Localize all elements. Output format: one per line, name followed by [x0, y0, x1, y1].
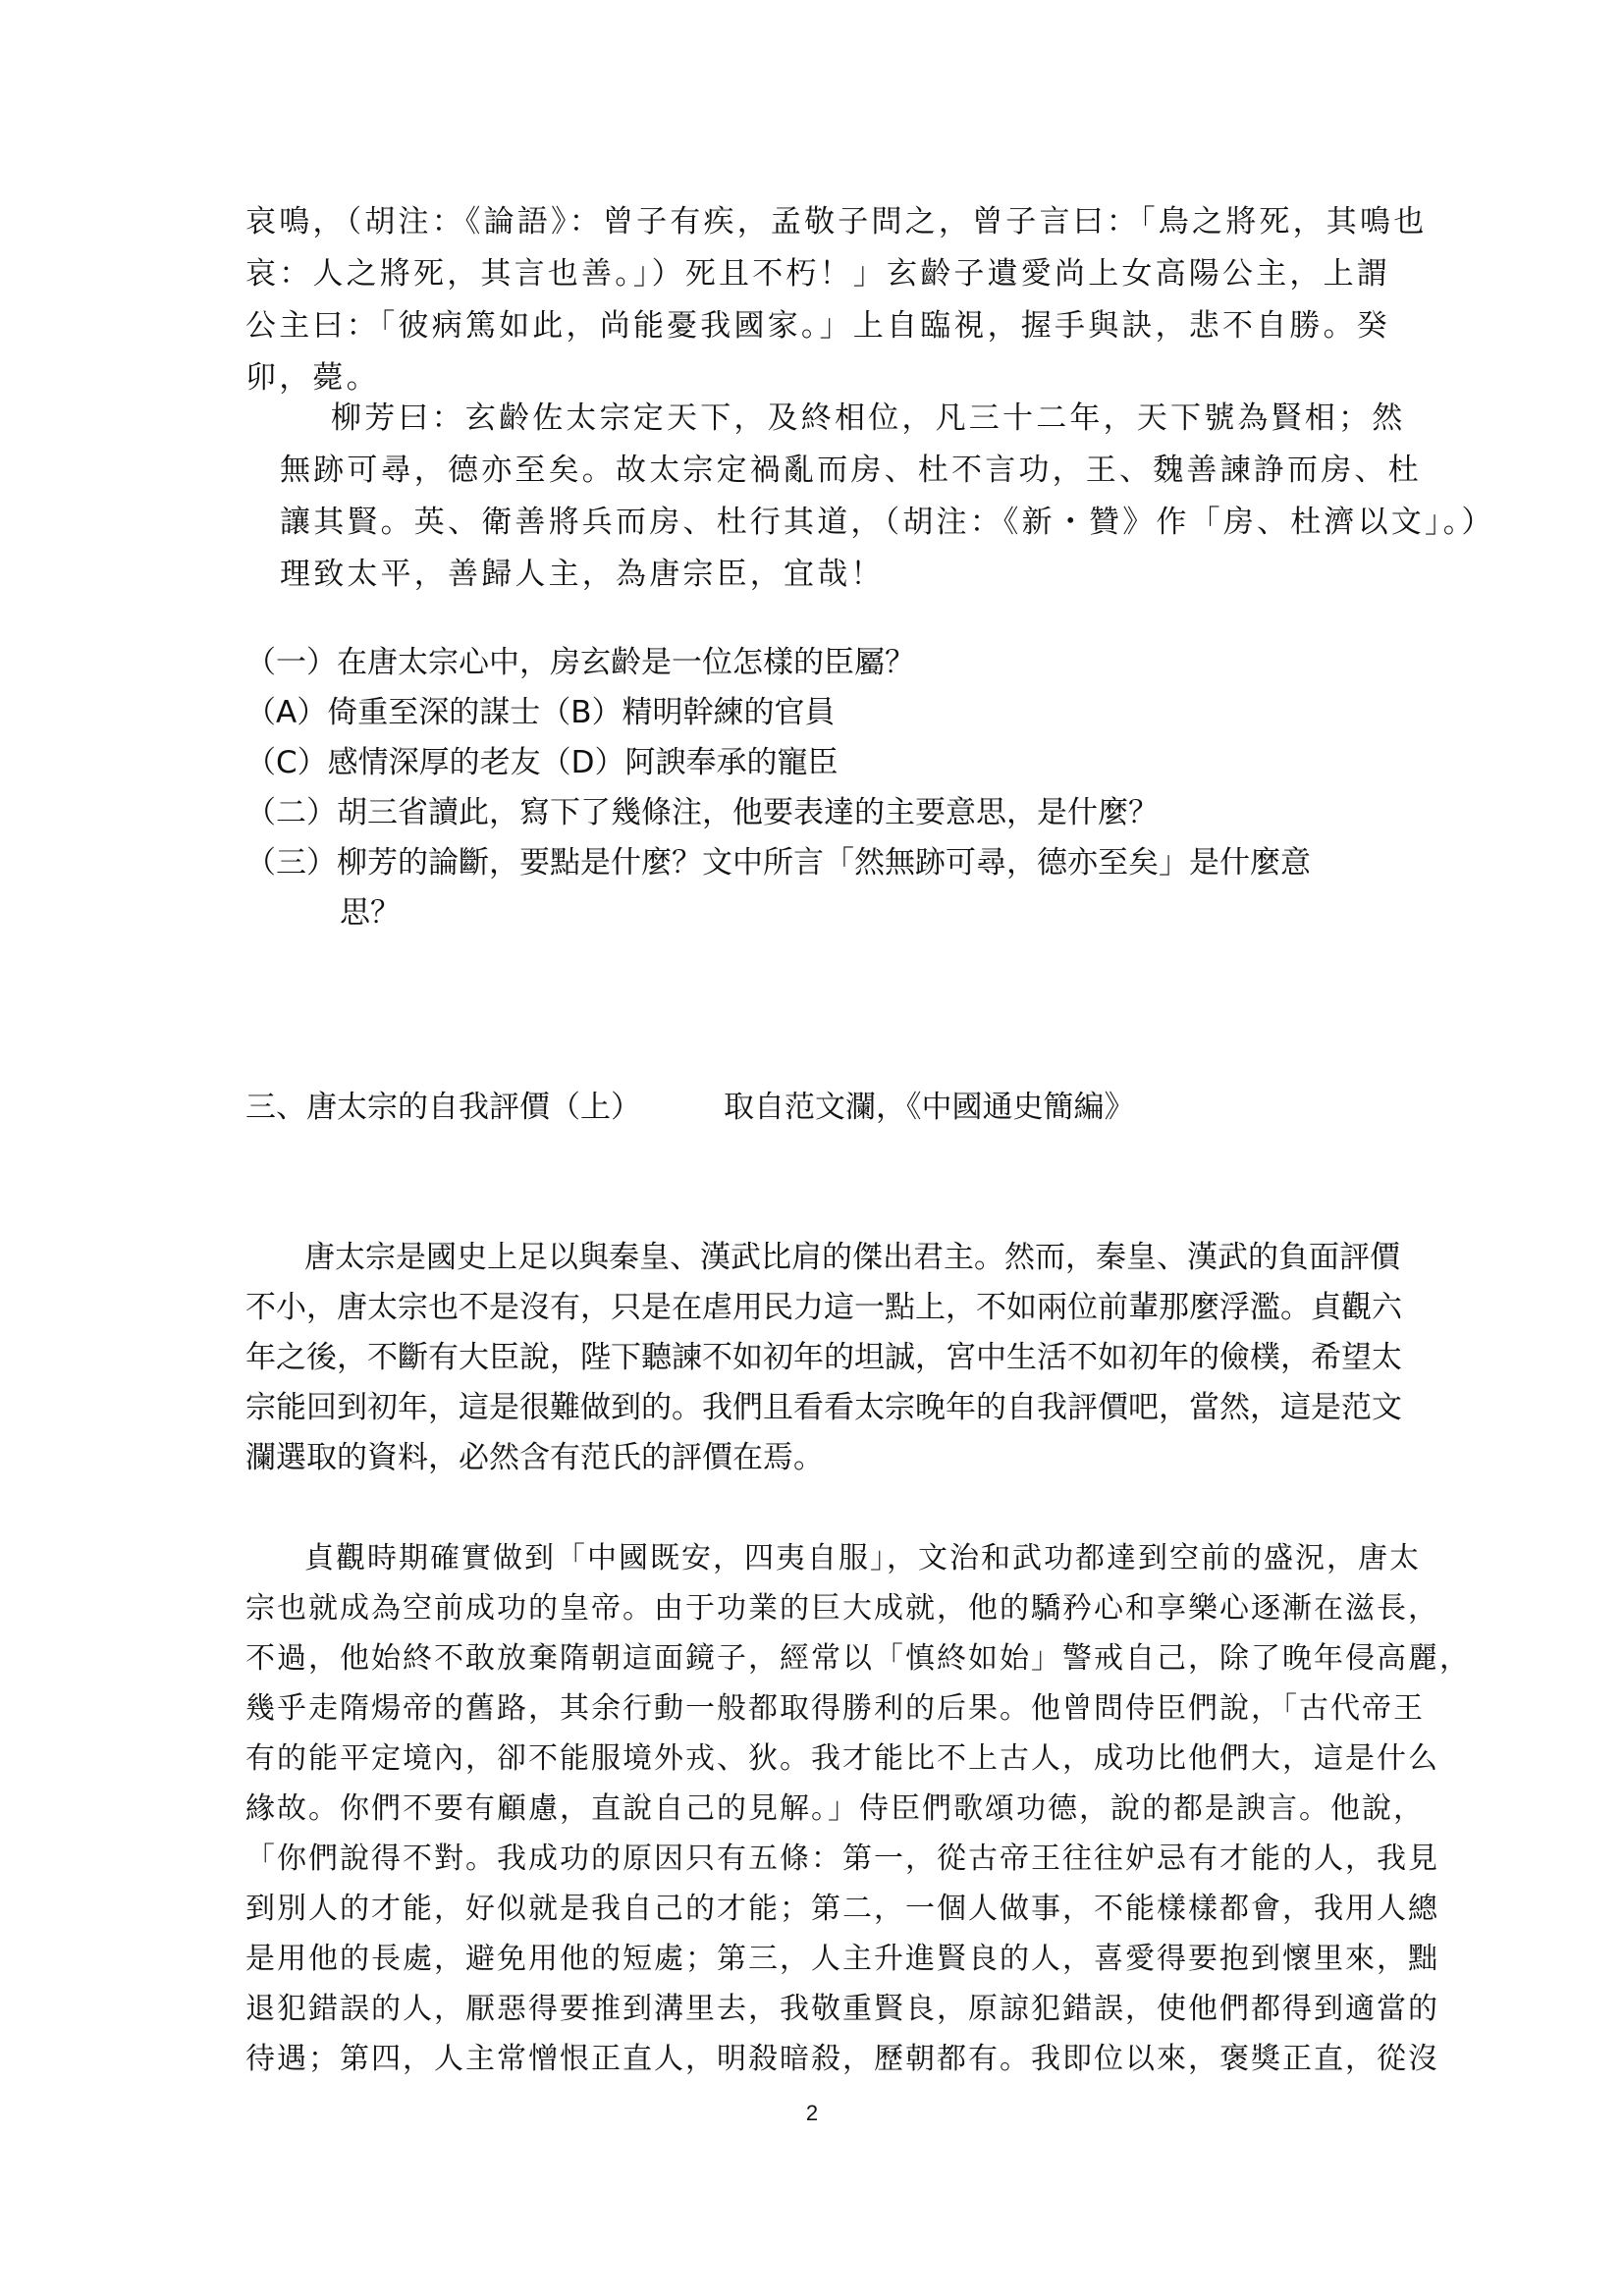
- question-3-continuation: 思？: [245, 888, 1389, 938]
- section-title: 三、唐太宗的自我評價（上）: [245, 1090, 641, 1125]
- paragraph-line: 不小，唐太宗也不是沒有，只是在虐用民力這一點上，不如兩位前輩那麼浮濫。貞觀六: [245, 1283, 1389, 1333]
- excerpt-line: 「你們說得不對。我成功的原因只有五條：第一，從古帝王往往妒忌有才能的人，我見: [245, 1834, 1389, 1884]
- quote-line: 理致太平，善歸人主，為唐宗臣，宜哉！: [280, 549, 1389, 601]
- excerpt-line: 不過，他始終不敢放棄隋朝這面鏡子，經常以「慎終如始」警戒自己，除了晚年侵高麗，: [245, 1633, 1389, 1683]
- quote-line: 哀：人之將死，其言也善。」）死且不朽！」玄齡子遺愛尚上女高陽公主，上謂: [245, 248, 1389, 300]
- excerpt-line: 貞觀時期確實做到「中國既安，四夷自服」，文治和武功都達到空前的盛況，唐太: [245, 1533, 1389, 1583]
- page-number: 2: [0, 2101, 1624, 2126]
- paragraph-line: 宗能回到初年，這是很難做到的。我們且看看太宗晚年的自我評價吧，當然，這是范文: [245, 1383, 1389, 1433]
- excerpt-line: 退犯錯誤的人，厭惡得要推到溝里去，我敬重賢良，原諒犯錯誤，使他們都得到適當的: [245, 1984, 1389, 2034]
- question-3: （三）柳芳的論斷，要點是什麼？文中所言「然無跡可尋，德亦至矣」是什麼意: [245, 838, 1389, 888]
- quote-line: 哀鳴，（胡注：《論語》：曾子有疾，孟敬子問之，曾子言曰：「鳥之將死，其鳴也: [245, 196, 1389, 248]
- question-1: （一）在唐太宗心中，房玄齡是一位怎樣的臣屬？: [245, 638, 1389, 688]
- section-heading: 三、唐太宗的自我評價（上）取自范文瀾，《中國通史簡編》: [245, 1083, 1389, 1132]
- classical-quote-continuation: 哀鳴，（胡注：《論語》：曾子有疾，孟敬子問之，曾子言曰：「鳥之將死，其鳴也 哀：…: [245, 196, 1389, 404]
- excerpt-line: 緣故。你們不要有顧慮，直說自己的見解。」侍臣們歌頌功德，說的都是諛言。他說，: [245, 1784, 1389, 1834]
- excerpt-line: 待遇；第四，人主常憎恨正直人，明殺暗殺，歷朝都有。我即位以來，褒獎正直，從沒: [245, 2034, 1389, 2084]
- paragraph-line: 唐太宗是國史上足以與秦皇、漢武比肩的傑出君主。然而，秦皇、漢武的負面評價: [245, 1233, 1389, 1283]
- paragraph-line: 年之後，不斷有大臣說，陛下聽諫不如初年的坦誠，宮中生活不如初年的儉樸，希望太: [245, 1333, 1389, 1383]
- excerpt-line: 到別人的才能，好似就是我自己的才能；第二，一個人做事，不能樣樣都會，我用人總: [245, 1884, 1389, 1934]
- quote-line: 公主曰：「彼病篤如此，尚能憂我國家。」上自臨視，握手與訣，悲不自勝。癸: [245, 300, 1389, 352]
- question-2: （二）胡三省讀此，寫下了幾條注，他要表達的主要意思，是什麼？: [245, 788, 1389, 838]
- quote-line: 柳芳曰：玄齡佐太宗定天下，及終相位，凡三十二年，天下號為賢相；然: [280, 393, 1389, 445]
- question-list: （一）在唐太宗心中，房玄齡是一位怎樣的臣屬？ （A）倚重至深的謀士（B）精明幹練…: [245, 638, 1389, 938]
- excerpt-line: 宗也就成為空前成功的皇帝。由于功業的巨大成就，他的驕矜心和享樂心逐漸在滋長，: [245, 1583, 1389, 1633]
- quote-line: 無跡可尋，德亦至矣。故太宗定禍亂而房、杜不言功，王、魏善諫諍而房、杜: [280, 445, 1389, 497]
- fan-wenlan-excerpt: 貞觀時期確實做到「中國既安，四夷自服」，文治和武功都達到空前的盛況，唐太 宗也就…: [245, 1533, 1389, 2084]
- intro-paragraph: 唐太宗是國史上足以與秦皇、漢武比肩的傑出君主。然而，秦皇、漢武的負面評價 不小，…: [245, 1233, 1389, 1483]
- question-1-options-ab: （A）倚重至深的謀士（B）精明幹練的官員: [245, 688, 1389, 738]
- excerpt-line: 幾乎走隋煬帝的舊路，其余行動一般都取得勝利的后果。他曾問侍臣們說，「古代帝王: [245, 1683, 1389, 1734]
- document-page: 哀鳴，（胡注：《論語》：曾子有疾，孟敬子問之，曾子言曰：「鳥之將死，其鳴也 哀：…: [0, 0, 1624, 2296]
- excerpt-line: 有的能平定境內，卻不能服境外戎、狄。我才能比不上古人，成功比他們大，這是什么: [245, 1734, 1389, 1784]
- liu-fang-commentary: 柳芳曰：玄齡佐太宗定天下，及終相位，凡三十二年，天下號為賢相；然 無跡可尋，德亦…: [280, 393, 1389, 601]
- excerpt-line: 是用他的長處，避免用他的短處；第三，人主升進賢良的人，喜愛得要抱到懷里來，黜: [245, 1934, 1389, 1984]
- question-1-options-cd: （C）感情深厚的老友（D）阿諛奉承的寵臣: [245, 738, 1389, 788]
- paragraph-line: 瀾選取的資料，必然含有范氏的評價在焉。: [245, 1433, 1389, 1483]
- quote-line: 讓其賢。英、衛善將兵而房、杜行其道，（胡注：《新・贊》作「房、杜濟以文」。）: [280, 497, 1389, 549]
- section-source: 取自范文瀾，《中國通史簡編》: [724, 1090, 1135, 1125]
